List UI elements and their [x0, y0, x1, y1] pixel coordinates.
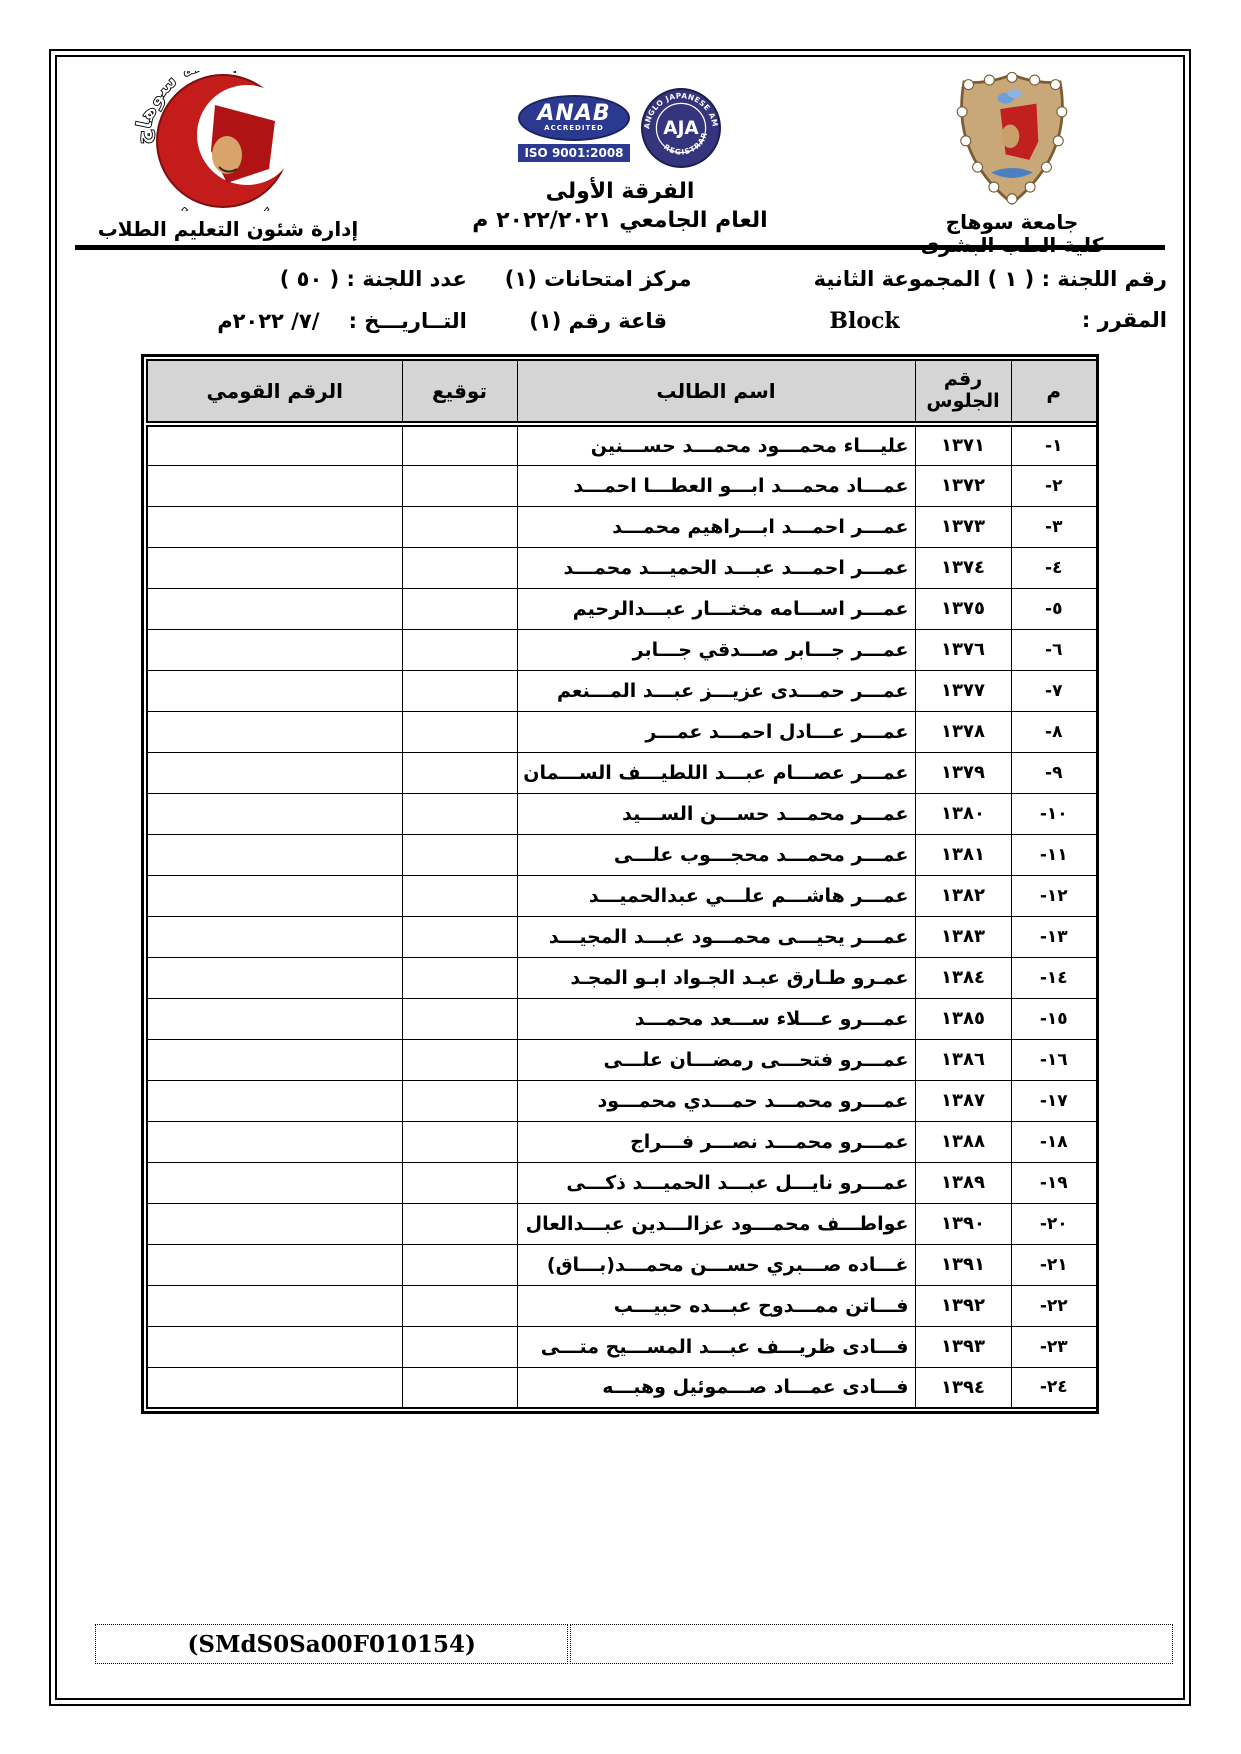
table-row: ١٣- ١٣٨٣ عمـــر يحيـــى محمـــود عبـــد …: [147, 916, 1097, 957]
serial-number: ١٣-: [1011, 916, 1097, 957]
national-id-cell: [147, 752, 402, 793]
national-id-cell: [147, 465, 402, 506]
table-row: ١٨- ١٣٨٨ عمـــرو محمـــد نصـــر فـــراج: [147, 1121, 1097, 1162]
academic-year: العام الجامعي ٢٠٢٢/٢٠٢١ م: [405, 208, 835, 233]
national-id-cell: [147, 588, 402, 629]
table-row: ٢- ١٣٧٢ عمـــاد محمـــد ابـــو العطـــا …: [147, 465, 1097, 506]
signature-cell: [402, 547, 517, 588]
signature-cell: [402, 506, 517, 547]
national-id-cell: [147, 1080, 402, 1121]
header-student-name: اسم الطالب: [517, 360, 915, 424]
signature-cell: [402, 957, 517, 998]
student-name: عمـــر اســـامه مختـــار عبـــدالرحيم: [517, 588, 915, 629]
header-national-id: الرقم القومي: [147, 360, 402, 424]
exam-center: مركز امتحانات (١): [467, 267, 730, 291]
national-id-cell: [147, 424, 402, 465]
document-header: جامعة سوهاج كلية الطب إدارة شئون التعليم…: [73, 67, 1167, 243]
signature-cell: [402, 875, 517, 916]
table-row: ٢٢- ١٣٩٢ فـــاتن ممـــدوح عبـــده حبيـــ…: [147, 1285, 1097, 1326]
signature-cell: [402, 1121, 517, 1162]
student-name: عليـــاء محمـــود محمـــد حســـنين: [517, 424, 915, 465]
anab-accredited-label: ACCREDITED: [544, 125, 604, 132]
header-right-block: جامعة سوهاج كلية الطب البشرى: [857, 67, 1167, 257]
serial-number: ١٢-: [1011, 875, 1097, 916]
department-caption: إدارة شئون التعليم الطلاب: [73, 217, 383, 241]
student-name: عمـــر عـــادل احمـــد عمـــر: [517, 711, 915, 752]
form-code: (SMdS0Sa00F010154): [188, 1631, 476, 1658]
signature-cell: [402, 424, 517, 465]
exam-date: التــاريـــخ : /٧/ ٢٠٢٢م: [73, 309, 467, 333]
table-row: ٨- ١٣٧٨ عمـــر عـــادل احمـــد عمـــر: [147, 711, 1097, 752]
serial-number: ٨-: [1011, 711, 1097, 752]
table-row: ٢٠- ١٣٩٠ عواطـــف محمـــود عزالـــدين عب…: [147, 1203, 1097, 1244]
national-id-cell: [147, 1244, 402, 1285]
table-row: ١٩- ١٣٨٩ عمـــرو نايـــل عبـــد الحميـــ…: [147, 1162, 1097, 1203]
seat-number: ١٣٨٠: [915, 793, 1011, 834]
students-table-frame: م رقم الجلوس اسم الطالب توقيع الرقم القو…: [141, 354, 1099, 1414]
student-name: فـــاتن ممـــدوح عبـــده حبيـــب: [517, 1285, 915, 1326]
seat-number: ١٣٨٢: [915, 875, 1011, 916]
student-name: عمـــرو عـــلاء ســـعد محمـــد: [517, 998, 915, 1039]
committee-count: عدد اللجنة : ( ٥٠ ): [73, 267, 467, 291]
student-name: غـــاده صـــبري حســـن محمـــد(بـــاق): [517, 1244, 915, 1285]
serial-number: ٢٣-: [1011, 1326, 1097, 1367]
serial-number: ٢٠-: [1011, 1203, 1097, 1244]
table-row: ٩- ١٣٧٩ عمـــر عصـــام عبـــد اللطيـــف …: [147, 752, 1097, 793]
signature-cell: [402, 752, 517, 793]
table-row: ٢٣- ١٣٩٣ فـــادى ظريـــف عبـــد المســـي…: [147, 1326, 1097, 1367]
iso-label: ISO 9001:2008: [518, 144, 630, 162]
signature-cell: [402, 1285, 517, 1326]
seat-number: ١٣٧٢: [915, 465, 1011, 506]
aja-logo: ANGLO JAPANESE AMERICAN REGISTRARS AJA: [640, 87, 722, 169]
signature-cell: [402, 1039, 517, 1080]
national-id-cell: [147, 1326, 402, 1367]
table-row: ٣- ١٣٧٣ عمـــر احمـــد ابـــراهيم محمـــ…: [147, 506, 1097, 547]
table-row: ١٠- ١٣٨٠ عمـــر محمـــد حســـن الســـيد: [147, 793, 1097, 834]
national-id-cell: [147, 1203, 402, 1244]
table-row: ١١- ١٣٨١ عمـــر محمـــد محجـــوب علـــى: [147, 834, 1097, 875]
exam-attendance-sheet: جامعة سوهاج كلية الطب إدارة شئون التعليم…: [0, 0, 1241, 1754]
signature-cell: [402, 1367, 517, 1408]
national-id-cell: [147, 998, 402, 1039]
seat-number: ١٣٧٥: [915, 588, 1011, 629]
seat-number: ١٣٩٣: [915, 1326, 1011, 1367]
signature-cell: [402, 670, 517, 711]
seat-number: ١٣٩٠: [915, 1203, 1011, 1244]
seat-number: ١٣٨١: [915, 834, 1011, 875]
seat-number: ١٣٨٥: [915, 998, 1011, 1039]
seat-number: ١٣٨٨: [915, 1121, 1011, 1162]
university-name: جامعة سوهاج: [857, 211, 1167, 234]
serial-number: ٢-: [1011, 465, 1097, 506]
header-left-block: جامعة سوهاج كلية الطب إدارة شئون التعليم…: [73, 67, 383, 241]
seat-number: ١٣٧١: [915, 424, 1011, 465]
serial-number: ٩-: [1011, 752, 1097, 793]
students-table: م رقم الجلوس اسم الطالب توقيع الرقم القو…: [146, 359, 1098, 1409]
footer-empty-box: [570, 1624, 1173, 1664]
table-row: ٥- ١٣٧٥ عمـــر اســـامه مختـــار عبـــدا…: [147, 588, 1097, 629]
signature-cell: [402, 588, 517, 629]
seat-number: ١٣٧٤: [915, 547, 1011, 588]
serial-number: ٢٢-: [1011, 1285, 1097, 1326]
student-name: عمـــرو نايـــل عبـــد الحميـــد ذكـــى: [517, 1162, 915, 1203]
serial-number: ١١-: [1011, 834, 1097, 875]
table-row: ٦- ١٣٧٦ عمـــر جـــابر صـــدقي جـــابر: [147, 629, 1097, 670]
signature-cell: [402, 834, 517, 875]
serial-number: ١٥-: [1011, 998, 1097, 1039]
grade-title: الفرقة الأولى: [405, 179, 835, 204]
national-id-cell: [147, 629, 402, 670]
student-name: فـــادى ظريـــف عبـــد المســـيح متـــى: [517, 1326, 915, 1367]
anab-word: ANAB: [537, 103, 610, 125]
seat-number: ١٣٨٧: [915, 1080, 1011, 1121]
table-header: م رقم الجلوس اسم الطالب توقيع الرقم القو…: [147, 360, 1097, 424]
seat-number: ١٣٧٣: [915, 506, 1011, 547]
national-id-cell: [147, 711, 402, 752]
table-row: ١٥- ١٣٨٥ عمـــرو عـــلاء ســـعد محمـــد: [147, 998, 1097, 1039]
student-name: عمـــر هاشـــم علـــي عبدالحميـــد: [517, 875, 915, 916]
student-name: عمـــر يحيـــى محمـــود عبـــد المجيـــد: [517, 916, 915, 957]
student-name: عمـــر عصـــام عبـــد اللطيـــف الســـما…: [517, 752, 915, 793]
pharaoh-face: [212, 136, 242, 174]
table-row: ١٦- ١٣٨٦ عمـــرو فتحـــى رمضـــان علـــى: [147, 1039, 1097, 1080]
signature-cell: [402, 916, 517, 957]
student-name: عمـــر محمـــد محجـــوب علـــى: [517, 834, 915, 875]
committee-number: رقم اللجنة : ( ١ ) المجموعة الثانية: [729, 267, 1167, 291]
signature-cell: [402, 465, 517, 506]
student-name: عمـــر احمـــد ابـــراهيم محمـــد: [517, 506, 915, 547]
student-name: عمـــر حمـــدى عزيـــز عبـــد المـــنعم: [517, 670, 915, 711]
table-row: ١٢- ١٣٨٢ عمـــر هاشـــم علـــي عبدالحميـ…: [147, 875, 1097, 916]
signature-cell: [402, 998, 517, 1039]
serial-number: ٥-: [1011, 588, 1097, 629]
student-name: عمـرو طـارق عبـد الجـواد ابـو المجـد: [517, 957, 915, 998]
student-name: عمـــرو محمـــد نصـــر فـــراج: [517, 1121, 915, 1162]
hall-number: قاعة رقم (١): [467, 309, 730, 333]
student-name: عمـــرو فتحـــى رمضـــان علـــى: [517, 1039, 915, 1080]
national-id-cell: [147, 1285, 402, 1326]
serial-number: ٧-: [1011, 670, 1097, 711]
national-id-cell: [147, 506, 402, 547]
serial-number: ١٧-: [1011, 1080, 1097, 1121]
signature-cell: [402, 629, 517, 670]
footer-code-box: (SMdS0Sa00F010154): [95, 1624, 568, 1664]
national-id-cell: [147, 1162, 402, 1203]
seat-number: ١٣٨٤: [915, 957, 1011, 998]
national-id-cell: [147, 547, 402, 588]
signature-cell: [402, 1203, 517, 1244]
university-crescent-logo: جامعة سوهاج كلية الطب: [112, 71, 344, 211]
signature-cell: [402, 1326, 517, 1367]
seat-number: ١٣٧٩: [915, 752, 1011, 793]
national-id-cell: [147, 1121, 402, 1162]
seat-number: ١٣٩٢: [915, 1285, 1011, 1326]
table-row: ١٧- ١٣٨٧ عمـــرو محمـــد حمـــدي محمـــو…: [147, 1080, 1097, 1121]
signature-cell: [402, 1162, 517, 1203]
national-id-cell: [147, 916, 402, 957]
student-name: عواطـــف محمـــود عزالـــدين عبـــدالعال: [517, 1203, 915, 1244]
seat-number: ١٣٨٣: [915, 916, 1011, 957]
seat-number: ١٣٧٦: [915, 629, 1011, 670]
serial-number: ٣-: [1011, 506, 1097, 547]
header-center-block: ANAB ACCREDITED ISO 9001:2008: [405, 67, 835, 233]
course-value: Block: [829, 308, 899, 334]
serial-number: ٤-: [1011, 547, 1097, 588]
page-border-inner: جامعة سوهاج كلية الطب إدارة شئون التعليم…: [55, 55, 1185, 1700]
faculty-name: كلية الطب البشرى: [857, 234, 1167, 257]
table-row: ٤- ١٣٧٤ عمـــر احمـــد عبـــد الحميـــد …: [147, 547, 1097, 588]
header-seat-number: رقم الجلوس: [915, 360, 1011, 424]
student-name: فـــادى عمـــاد صـــموئيل وهبـــه: [517, 1367, 915, 1408]
aja-word: AJA: [663, 118, 699, 139]
header-serial: م: [1011, 360, 1097, 424]
table-row: ١- ١٣٧١ عليـــاء محمـــود محمـــد حســـن…: [147, 424, 1097, 465]
signature-cell: [402, 1080, 517, 1121]
seat-number: ١٣٧٧: [915, 670, 1011, 711]
page-border: جامعة سوهاج كلية الطب إدارة شئون التعليم…: [49, 49, 1191, 1706]
seat-number: ١٣٨٦: [915, 1039, 1011, 1080]
student-name: عمـــر محمـــد حســـن الســـيد: [517, 793, 915, 834]
seat-number: ١٣٩١: [915, 1244, 1011, 1285]
national-id-cell: [147, 875, 402, 916]
serial-number: ١-: [1011, 424, 1097, 465]
serial-number: ١٦-: [1011, 1039, 1097, 1080]
seat-number: ١٣٩٤: [915, 1367, 1011, 1408]
serial-number: ١٨-: [1011, 1121, 1097, 1162]
table-row: ٢١- ١٣٩١ غـــاده صـــبري حســـن محمـــد(…: [147, 1244, 1097, 1285]
university-shield-logo: [953, 71, 1071, 207]
serial-number: ١٩-: [1011, 1162, 1097, 1203]
table-row: ٧- ١٣٧٧ عمـــر حمـــدى عزيـــز عبـــد ال…: [147, 670, 1097, 711]
table-row: ٢٤- ١٣٩٤ فـــادى عمـــاد صـــموئيل وهبــ…: [147, 1367, 1097, 1408]
student-name: عمـــر احمـــد عبـــد الحميـــد محمـــد: [517, 547, 915, 588]
exam-info: رقم اللجنة : ( ١ ) المجموعة الثانية مركز…: [73, 258, 1167, 342]
national-id-cell: [147, 957, 402, 998]
signature-cell: [402, 793, 517, 834]
serial-number: ١٠-: [1011, 793, 1097, 834]
signature-cell: [402, 1244, 517, 1285]
serial-number: ٢٤-: [1011, 1367, 1097, 1408]
national-id-cell: [147, 1367, 402, 1408]
national-id-cell: [147, 793, 402, 834]
seat-number: ١٣٨٩: [915, 1162, 1011, 1203]
document-footer: (SMdS0Sa00F010154): [95, 1624, 1173, 1664]
header-signature: توقيع: [402, 360, 517, 424]
serial-number: ٢١-: [1011, 1244, 1097, 1285]
national-id-cell: [147, 670, 402, 711]
accreditation-badges: ANAB ACCREDITED ISO 9001:2008: [405, 85, 835, 171]
student-name: عمـــرو محمـــد حمـــدي محمـــود: [517, 1080, 915, 1121]
serial-number: ٦-: [1011, 629, 1097, 670]
course-label: المقرر :: [1082, 308, 1167, 334]
student-name: عمـــاد محمـــد ابـــو العطـــا احمـــد: [517, 465, 915, 506]
national-id-cell: [147, 1039, 402, 1080]
table-row: ١٤- ١٣٨٤ عمـرو طـارق عبـد الجـواد ابـو ا…: [147, 957, 1097, 998]
anab-logo: ANAB ACCREDITED ISO 9001:2008: [518, 95, 630, 162]
student-rows: ١- ١٣٧١ عليـــاء محمـــود محمـــد حســـن…: [147, 424, 1097, 1408]
national-id-cell: [147, 834, 402, 875]
signature-cell: [402, 711, 517, 752]
seat-number: ١٣٧٨: [915, 711, 1011, 752]
course-line: المقرر : Block: [729, 308, 1167, 334]
serial-number: ١٤-: [1011, 957, 1097, 998]
student-name: عمـــر جـــابر صـــدقي جـــابر: [517, 629, 915, 670]
